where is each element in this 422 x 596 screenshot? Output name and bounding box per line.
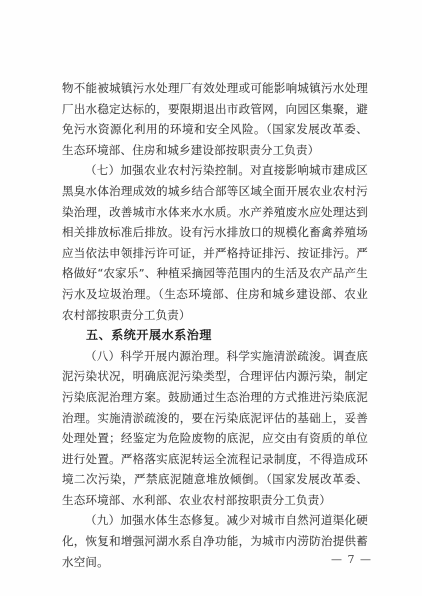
paragraph-item-eight: （八）科学开展内源治理。科学实施清淤疏浚。调查底泥污染状况，明确底泥污染类型，合… <box>62 346 368 511</box>
section-heading-five: 五、系统开展水系治理 <box>62 325 368 346</box>
document-page: 物不能被城镇污水处理厂有效处理或可能影响城镇污水处理厂出水稳定达标的，要限期退出… <box>0 0 422 596</box>
paragraph-item-seven: （七）加强农业农村污染控制。对直接影响城市建成区黑臭水体治理成效的城乡结合部等区… <box>62 160 368 325</box>
paragraph-item-nine: （九）加强水体生态修复。减少对城市自然河道渠化硬化，恢复和增强河湖水系自净功能，… <box>62 510 368 572</box>
page-number: — 7 — <box>331 553 372 566</box>
paragraph-continuation: 物不能被城镇污水处理厂有效处理或可能影响城镇污水处理厂出水稳定达标的，要限期退出… <box>62 78 368 160</box>
page-content: 物不能被城镇污水处理厂有效处理或可能影响城镇污水处理厂出水稳定达标的，要限期退出… <box>62 78 368 572</box>
